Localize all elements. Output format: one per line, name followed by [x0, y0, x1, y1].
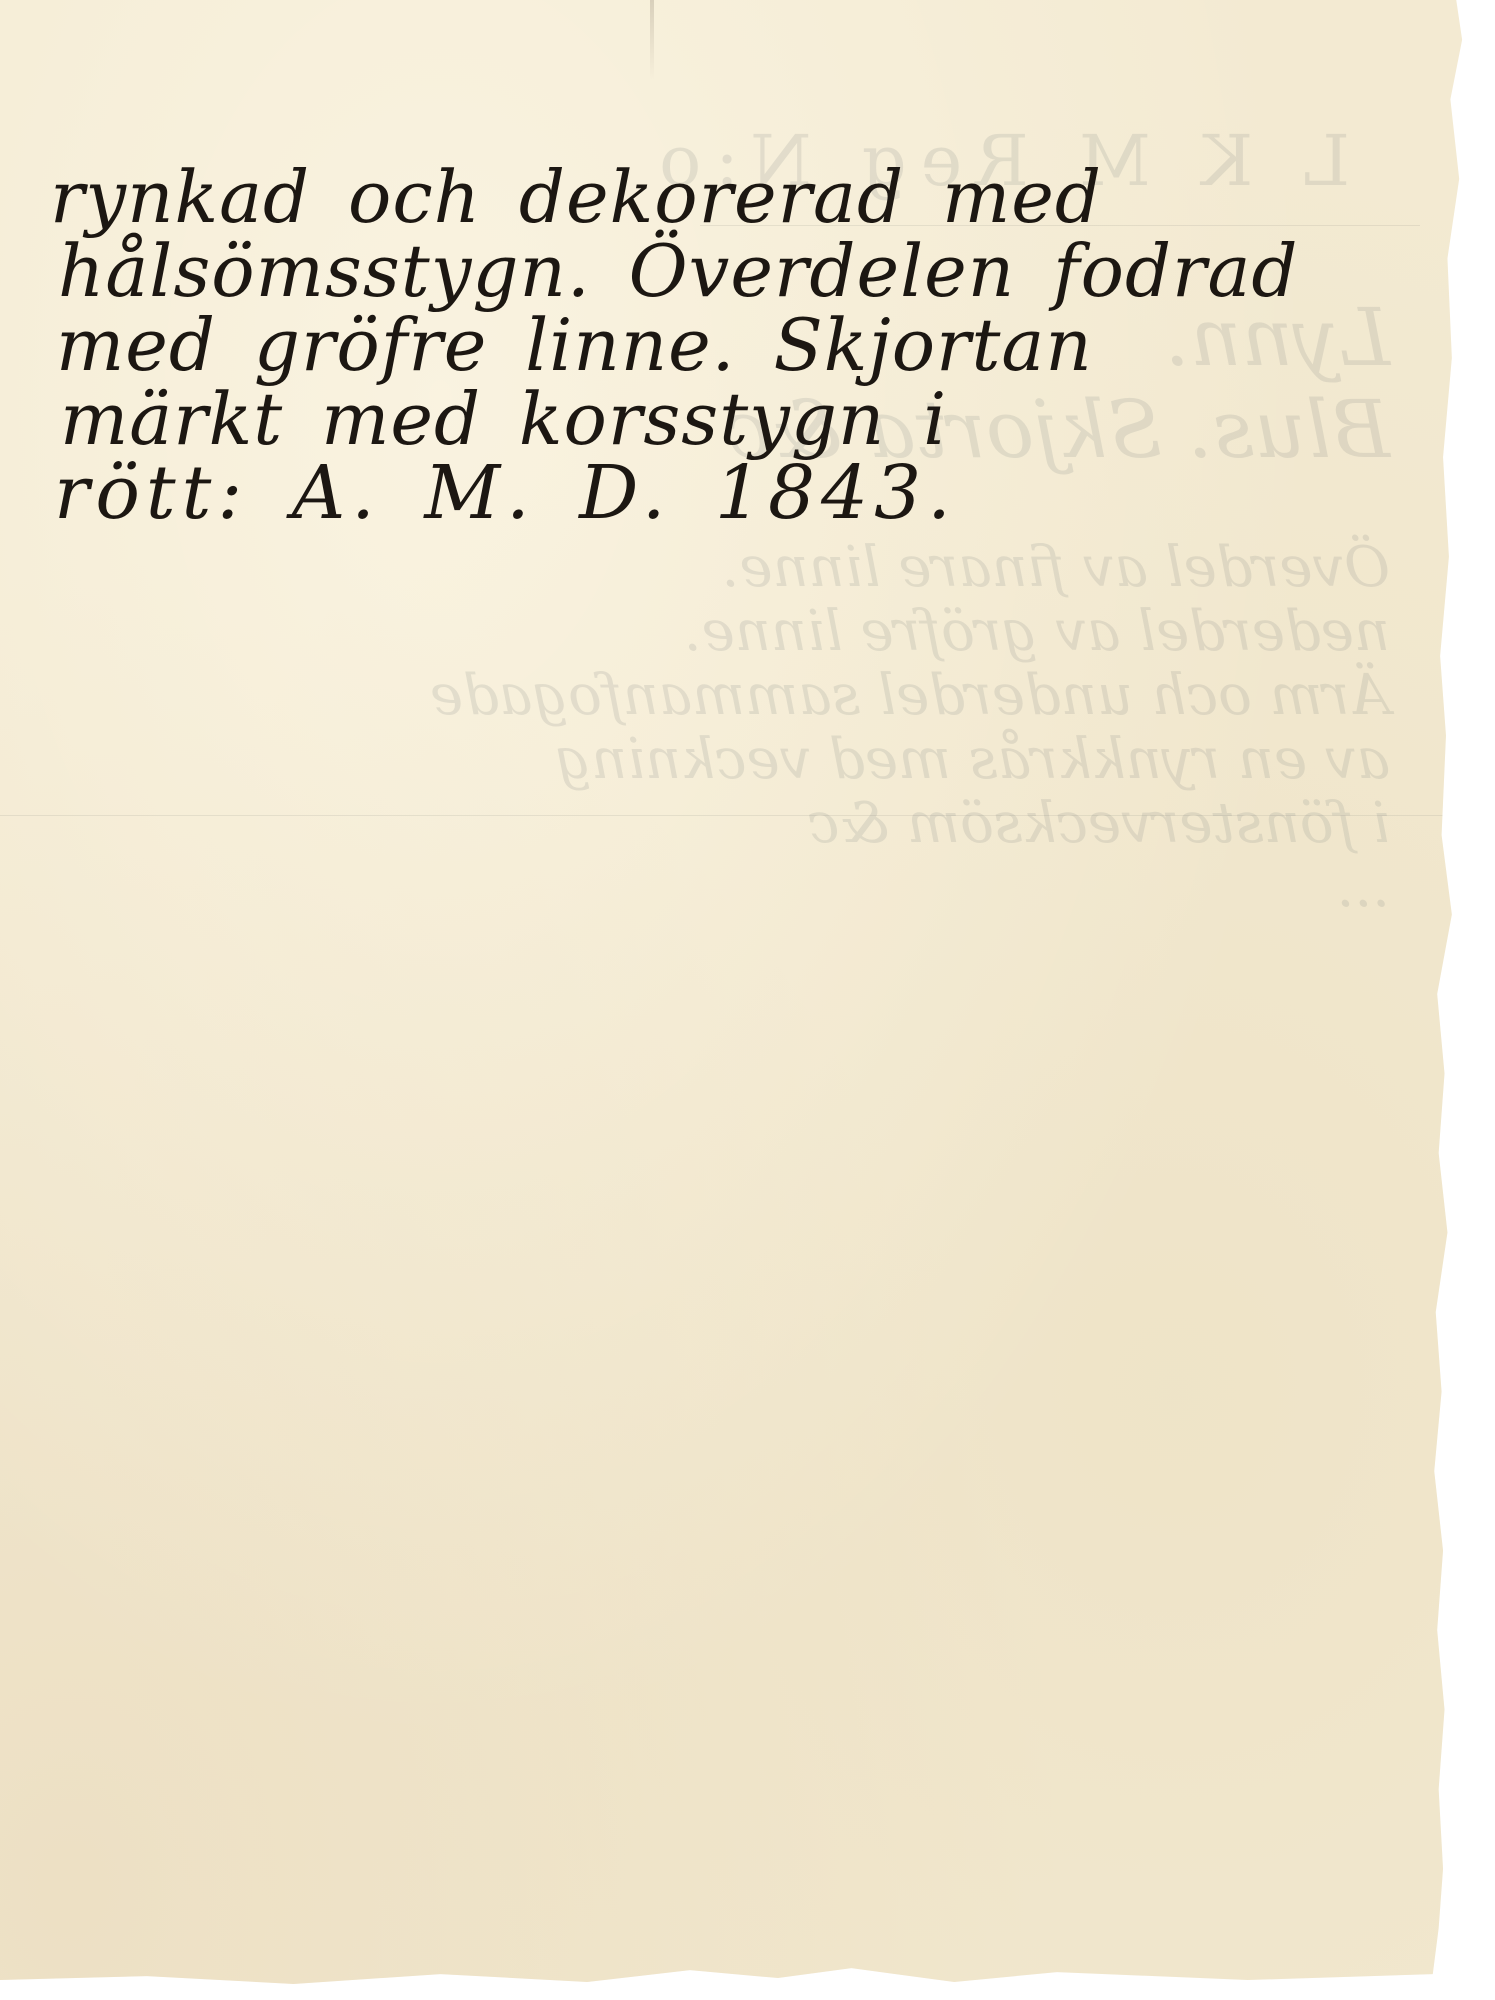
paper-crease — [650, 0, 654, 80]
handwritten-line: märkt med korsstygn i — [50, 382, 1450, 456]
bleed-line: Ärm och underdel sammanfogade — [60, 664, 1390, 728]
bleed-line: ... — [60, 856, 1390, 920]
bleed-line: av en rynkkrås med veckning — [60, 728, 1390, 792]
handwritten-line: hålsömsstygn. Överdelen fodrad — [50, 234, 1450, 308]
handwritten-line-signature-date: rött: A. M. D. 1843. — [50, 456, 1450, 530]
bleed-line: i fönstervecksöm &c — [60, 792, 1390, 856]
handwritten-line: med gröfre linne. Skjortan — [50, 308, 1450, 382]
ruled-line — [0, 815, 1468, 816]
bleed-line: Överdel av finare linne. — [60, 536, 1390, 600]
handwritten-line: rynkad och dekorerad med — [50, 160, 1450, 234]
handwritten-text: rynkad och dekorerad med hålsömsstygn. Ö… — [50, 160, 1450, 530]
bleed-line: nederdel av gröfre linne. — [60, 600, 1390, 664]
paper-sheet: L K M Reg N:o Lynn. Blus. Skjorta &c Öve… — [0, 0, 1468, 1988]
